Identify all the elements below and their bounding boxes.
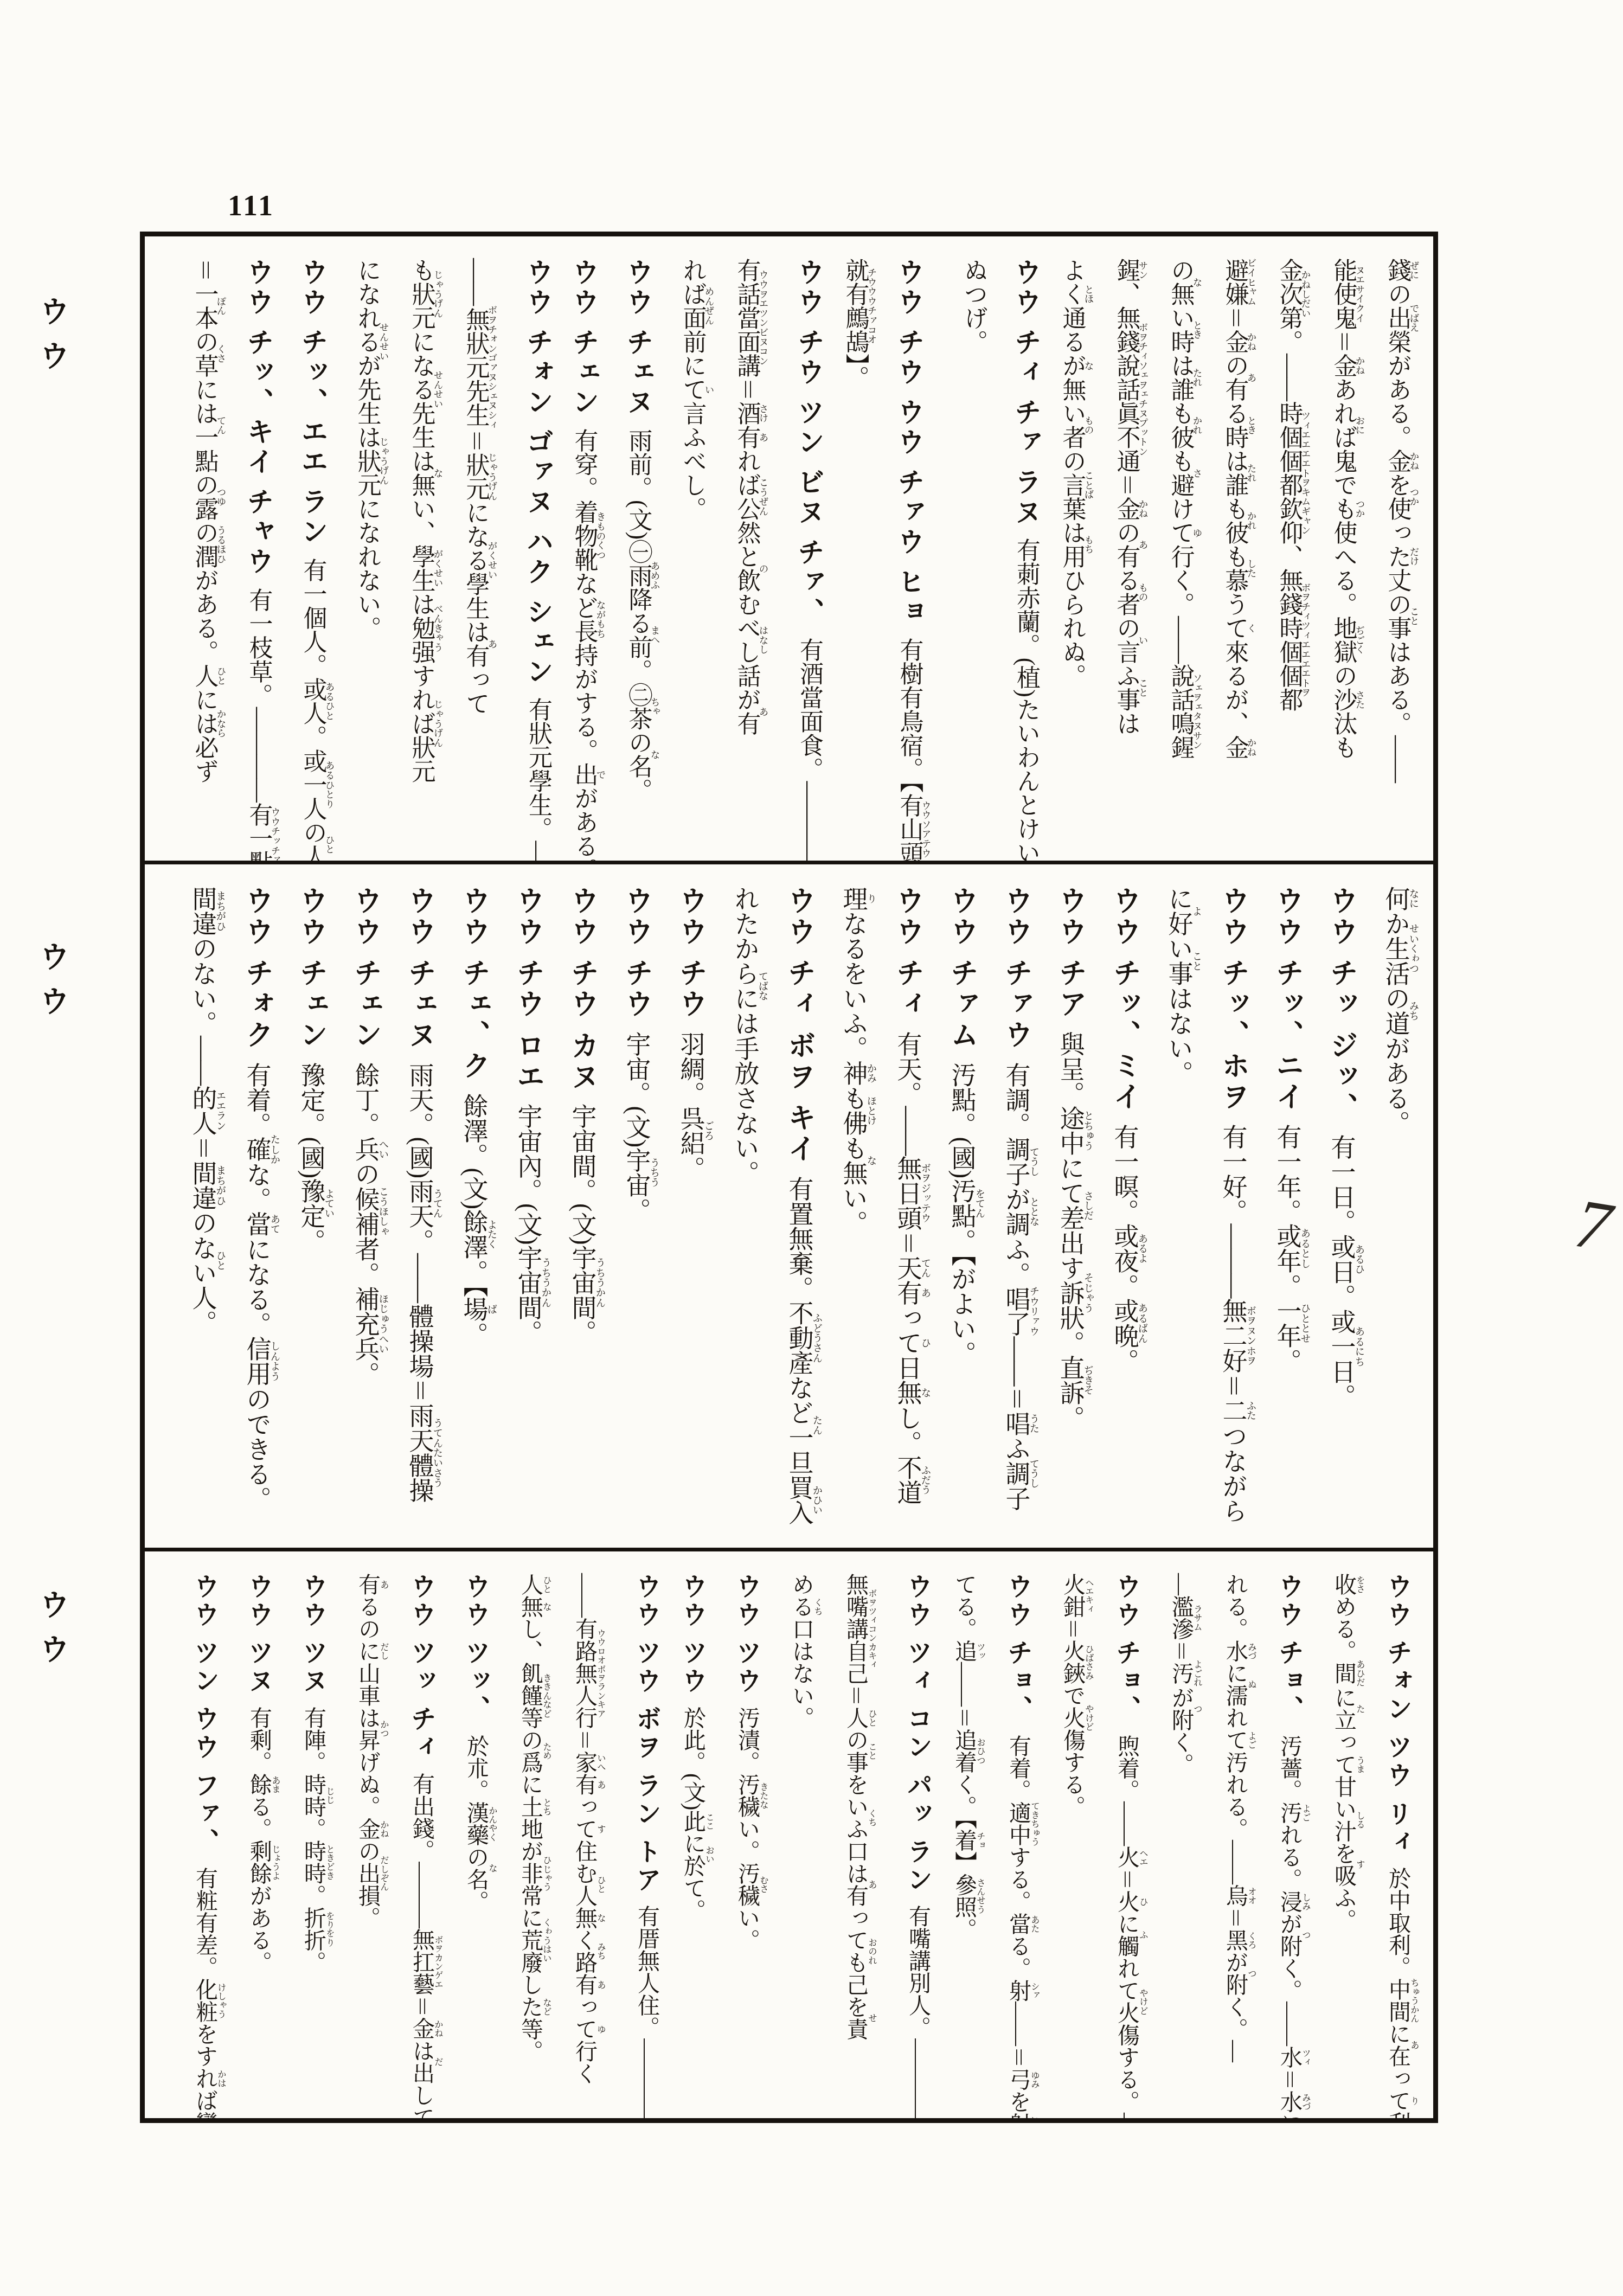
entry-text: 宇宙間。(文)宇宙間うちうかん。 [569,1104,596,1345]
handwritten-mark: 7 [1570,1183,1616,1267]
dict-column: ウウ ツウ ボヲ ラン トア有厝無人住。―――― [606,1573,660,2109]
entry-text: 人ひと無なし、飢饉等ききんなどの爲ために土地とちが非常ひじゃうに荒廢くゎうはいし… [518,1573,543,2062]
dict-column: 金次第かねしだい。――時個個都欽仰ツィエエエエトヲキムギャン、無錢時個個都ボヲチ… [1256,258,1311,852]
dict-column: ウウ チァム汚點。(國)汚點をてん。【がよい。 [931,886,985,1539]
dict-column: ウウ チァウ有調。調子てうしが調ととなふ。唱了チウリァウ――＝唱うたふ調子てうし [985,886,1040,1539]
entry-reading: ウウ チィ [892,886,923,1020]
entry-text: 有粧有差。化粧けしゃうをすれば變かはる、 [193,1867,217,2118]
dict-column: ウウ ツウ於此。(文)此ここに於おいて。 [660,1573,714,2109]
entry-text: 於朮。漢藥かんやくの名な。 [464,1735,489,1913]
entry-reading: ウウ ツヌ [245,1573,274,1696]
entry-text: 於中取利。中間ちゅうかんに在あって利りを [1385,1867,1410,2118]
entry-text: 有一好。―――無二好ボヲヌンホヲ＝二ふたつながら [1220,1124,1247,1523]
margin-kana-label: ウウ [30,296,74,384]
entry-text: 無嘴講自己ボヲツィコンカキィ＝人ひとの事ことをいふ口くちは有あっても己おのれを責… [843,1573,868,2040]
dict-column: よく通とほるが無ない者ものの言葉ことばは用もちひられぬ。 [1040,258,1094,852]
entry-reading: ウウ チッ、キイ チャウ [243,258,274,577]
margin-kana-label: ウウ [30,941,74,1030]
entry-text: 雨天。(國)雨天うてん。――體操場＝雨天體操うてんたいさう [406,1062,434,1503]
entry-text: ――有路無人行ウウロオボヲランキア＝家いへ有あって住すむ人ひと無なく路みち有あっ… [572,1573,597,2085]
entry-text: 於此。(文)此ここに於おいて。 [681,1707,705,1921]
dict-column: 收をさめる。間あひだに立たって甘うまい汁しるを吸すふ。 [1311,1573,1365,2109]
dict-column: 能使鬼ヌエサイクイ＝金かねあれば鬼おにでも使つかへる。地獄ぢごくの沙汰さたも [1311,258,1365,852]
entry-reading: ウウ ツィ コン パッ ラン [904,1573,933,1894]
entry-reading: ウウ ツヌ [299,1573,328,1696]
dict-column: ウウ チョ、煦着。――火ヘエ＝火ひに觸ふれて火傷やけどする。―― [1094,1573,1148,2109]
entry-reading: ウウ ツウ [733,1573,762,1696]
dict-column: ウウ チィ ボヲ キイ有置無棄。不動產ふどうさんなど一旦たん買入かひい [768,886,823,1539]
entry-text: 宇宙內。(文)宇宙間うちうかん。 [515,1104,542,1345]
entry-text: 理りなるをいふ。神かみも佛ほとけも無ない。 [840,886,868,1235]
entry-text: 金次第かねしだい。――時個個都欽仰ツィエエエエトヲキムギャン、無錢時個個都ボヲチ… [1276,258,1303,711]
entry-text: 有莿赤蘭。(植)たいわんとけい [1013,538,1040,861]
dict-column: ウウ チィ有天。――無日頭ボヲジッテウ＝天てん有あって日ひ無なし。不道ふだう [877,886,931,1539]
entry-text: 有調。調子てうしが調ととなふ。唱了チウリァウ――＝唱うたふ調子てうし [1003,1062,1030,1511]
dict-column: ウウ チウ ツン ビヌ チァ、有酒當面食。―――― [768,258,823,852]
entry-reading: ウウ チッ ジッ、 [1326,886,1357,1124]
entry-reading: ウウ チァム [946,886,978,1051]
entry-text: の無ない時ときは誰たれも彼かれも避さけて行ゆく。――說話鳴鍟ソェヲェタヌサン [1167,258,1194,759]
dict-column: ＝一本ぽんの草くさには一點てんの露つゆの潤うるほひがある。人ひとには必かならず [172,258,226,852]
dict-column: ――有路無人行ウウロオボヲランキア＝家いへ有あって住すむ人ひと無なく路みち有あっ… [551,1573,606,2109]
dict-column: ウウ チェヌ雨前。(文)㊀雨降あめふる前まへ。㊁茶ちゃの名な。 [606,258,660,852]
entry-text: 汚點。(國)汚點をてん。【がよい。 [948,1062,976,1365]
entry-reading: ウウ チォン ツウ リィ [1384,1573,1413,1856]
entry-text: 有嘴講別人。―――― [906,1905,931,2118]
entry-reading: ウウ チウ ツン ビヌ チァ、 [794,258,824,627]
entry-reading: ウウ ツン ウウ ファ、 [191,1573,220,1856]
entry-reading: ウウ チッ、エエ ラン [298,258,328,547]
entry-reading: ウウ チウ ウウ チァウ ヒョ [894,258,925,627]
entry-reading: ウウ チア [1055,886,1086,1020]
dict-column: ウウ ツヌ有陣。時時じじ。時時ときどき。折折をりをり。 [280,1573,335,2109]
entry-text: 有着。適中てきちゅうする。當あたる。射シァ――＝弓ゆみを射中いあ [1006,1735,1031,2118]
entry-text: 羽綢。呉絽ごろ。 [677,1031,705,1181]
dict-column: ウウ チッ ジッ、有一日。或日あるひ。或一日あるにち。 [1311,886,1365,1539]
entry-reading: ウウ チョ、 [1004,1573,1033,1724]
dict-column: ウウ ツヌ有剩。餘あまる。剩餘じょうよがある。 [226,1573,280,2109]
band-1-columns: 錢ぜにの出榮でばえがある。金かねを使つかった丈だけの事ことはある。――能使鬼ヌエ… [155,258,1419,852]
entry-reading: ウウ チェン [296,886,327,1051]
entry-reading: ウウ チィ チァ ラヌ [1011,258,1041,528]
band-2: 何なにか生活せいくゎつの道みちがある。ウウ チッ ジッ、有一日。或日あるひ。或一… [145,861,1433,1548]
entry-text: 收をさめる。間あひだに立たって甘うまい汁しるを吸すふ。 [1331,1573,1356,1931]
dictionary-frame: 錢ぜにの出榮でばえがある。金かねを使つかった丈だけの事ことはある。――能使鬼ヌエ… [140,232,1438,2123]
dict-column: ウウ チェヌ雨天。(國)雨天うてん。――體操場＝雨天體操うてんたいさう [389,886,443,1539]
entry-text: 汚薔。汚よごれる。浸しみが附つく。――水ツィ＝水みづに濡ぬ [1277,1735,1302,2118]
entry-reading: ウウ ツウ [679,1573,708,1696]
entry-text: ―濫滲ラサム＝汚よごれが附つく。 [1169,1573,1194,1775]
dict-column: ウウ チョ、有着。適中てきちゅうする。當あたる。射シァ――＝弓ゆみを射中いあ [985,1573,1040,2109]
dict-column: ウウ チッ、キイ チャウ有一枝草。――――有一點露ウウチッチァムロオ [226,258,280,852]
dict-column: 有話當面講ウウヲエツンビヌコン＝酒さけ有あれば公然こうぜんと飲のむべし話はなしが… [714,258,768,852]
entry-reading: ウウ チァウ [1000,886,1032,1051]
entry-reading: ウウ チィ ボヲ キイ [784,886,815,1165]
dict-column: ウウ ツッ、於朮。漢藥かんやくの名な。 [443,1573,497,2109]
page-number: 111 [228,189,275,222]
entry-text: 就有鷓鴣チウウウチァコオ】。 [842,258,869,389]
entry-text: 有話當面講ウウヲエツンビヌコン＝酒さけ有あれば公然こうぜんと飲のむべし話はなしが… [734,258,760,735]
entry-text: 火鉗ヘエキィ＝火鋏ひばさみで火傷やけどする。 [1060,1573,1085,1818]
band-3-columns: ウウ チォン ツウ リィ於中取利。中間ちゅうかんに在あって利りを收をさめる。間あ… [155,1573,1419,2109]
dict-column: 避嫌ビイヒャム＝金かねの有ある時ときは誰たれも彼かれも慕したうて來くるが、金かね [1202,258,1256,852]
dict-column: 間違まちがひのない。――的人エエラン＝間違まちがひのない人ひと。 [172,886,226,1539]
dict-column: 理りなるをいふ。神かみも佛ほとけも無ない。 [823,886,877,1539]
entry-text: 有樹有鳥宿。【有山頭ウウソアテウ [896,638,923,861]
entry-text: 有着。確たしかな。當あてになる。信用しんようのできる。 [243,1062,271,1511]
entry-text: てる。追ツッ――＝追着おひつく。【着チョ】參照さんせう。 [952,1573,977,1940]
dict-column: ウウ ツッ チィ有出錢。―――無扛藝ボヲカンゲエ＝金かねは出だして [389,1573,443,2109]
dict-column: 何なにか生活せいくゎつの道みちがある。 [1365,886,1419,1539]
entry-reading: ウウ チェヌ [404,886,435,1051]
entry-reading: ウウ チェヌ [623,258,653,418]
entry-text: 煦着。――火ヘエ＝火ひに觸ふれて火傷やけどする。―― [1114,1735,1139,2118]
entry-reading: ウウ ツッ チィ [408,1573,437,1762]
entry-text: 與呈。途中とちゅうにて差出さしだす訴狀そじゃう。直訴ぢきそ。 [1057,1031,1085,1430]
entry-reading: ウウ チェン [350,886,381,1051]
entry-text: よく通とほるが無ない者ものの言葉ことばは用もちひられぬ。 [1059,258,1086,688]
dict-column: になれるが先生せんせいは狀元じゃうげんになれない。 [335,258,389,852]
dict-column: ウウ チウ宇宙。(文)宇宙うちう。 [606,886,660,1539]
dict-column: れる。水みづに濡ぬれて汚よごれる。――烏オオ＝黑くろが附つく。― [1202,1573,1256,2109]
dict-column: ―濫滲ラサム＝汚よごれが附つく。 [1148,1573,1202,2109]
entry-text: れる。水みづに濡ぬれて汚よごれる。――烏オオ＝黑くろが附つく。― [1223,1573,1248,2062]
dict-column: 人ひと無なし、飢饉等ききんなどの爲ために土地とちが非常ひじゃうに荒廢くゎうはいし… [497,1573,551,2109]
dict-column: ウウ チウ カヌ宇宙間。(文)宇宙間うちうかん。 [551,886,606,1539]
entry-reading: ウウ ツウ ボヲ ラン トア [633,1573,662,1894]
dict-column: ウウ チッ、エエ ラン有一個人。或人あるひと。或一人あるひとりの人ひと。 [280,258,335,852]
entry-text: 有天。――無日頭ボヲジッテウ＝天てん有あって日ひ無なし。不道ふだう [894,1031,922,1505]
dict-column: ウウ チィ チァ ラヌ有莿赤蘭。(植)たいわんとけい [985,258,1040,852]
entry-text: 宇宙。(文)宇宙うちう。 [623,1031,651,1222]
dict-column: ウウ チッ、ホヲ有一好。―――無二好ボヲヌンホヲ＝二ふたつながら [1202,886,1256,1539]
entry-text: 有一暝。或夜あるよ。或晩あるばん。 [1111,1124,1139,1373]
entry-text: 何なにか生活せいくゎつの道みちがある。 [1382,886,1410,1136]
dict-column: ウウ ツウ汚漬。汚穢きたない。汚穢むさい。 [714,1573,768,2109]
dict-column: の無ない時ときは誰たれも彼かれも避さけて行ゆく。――說話鳴鍟ソェヲェタヌサン [1148,258,1202,852]
dict-column: ウウ チォン ゴァヌ ハク シェン有狀元學生。―― [497,258,551,852]
band-1: 錢ぜにの出榮でばえがある。金かねを使つかった丈だけの事ことはある。――能使鬼ヌエ… [145,236,1433,861]
dict-column: ウウ チウ ロエ宇宙內。(文)宇宙間うちうかん。 [497,886,551,1539]
margin-kana-label: ウウ [30,1589,74,1678]
band-3: ウウ チォン ツウ リィ於中取利。中間ちゅうかんに在あって利りを收をさめる。間あ… [145,1548,1433,2118]
entry-text: になれるが先生せんせいは狀元じゃうげんになれない。 [354,258,381,640]
dict-column: ウウ チウ ウウ チァウ ヒョ有樹有鳥宿。【有山頭ウウソアテウ [877,258,931,852]
entry-text: 有一個人。或人あるひと。或一人あるひとりの人ひと。 [300,558,326,861]
entry-text: 錢ぜにの出榮でばえがある。金かねを使つかった丈だけの事ことはある。―― [1384,258,1411,783]
dict-column: れたからには手放てばなさない。 [714,886,768,1539]
entry-text: 間違まちがひのない。――的人エエラン＝間違まちがひのない人ひと。 [189,886,217,1335]
entry-text: 鍟サン、無錢說話眞不通ボヲチィソェヲェチヌプットン＝金かねの有ある者ものの言いふ… [1113,258,1140,735]
entry-reading: ウウ チウ [621,886,652,1020]
entry-text: める口くちはない。 [789,1573,814,1729]
entry-reading: ウウ チウ [675,886,707,1020]
dict-column: てる。追ツッ――＝追着おひつく。【着チョ】參照さんせう。 [931,1573,985,2109]
entry-text: も狀元じゃうげんになる先生せんせいは無ない、學生がくせいは勉强べんきゃうすれば狀… [408,258,435,783]
entry-text: 餘澤。(文)餘澤よたく。【場ば。 [460,1093,488,1346]
entry-text: れたからには手放てばなさない。 [732,886,759,1185]
entry-text: 有厝無人住。―――― [634,1905,659,2118]
entry-text: 汚漬。汚穢きたない。汚穢むさい。 [735,1707,760,1951]
dict-column: ウウ チェン有穿。着物靴きものくつなど長持ながもちがする。出でがある。 [551,258,606,852]
entry-text: れば面前めんぜんにて言いふべし。 [679,258,706,521]
dict-column: ウウ チア與呈。途中とちゅうにて差出さしだす訴狀そじゃう。直訴ぢきそ。 [1040,886,1094,1539]
dict-column: ウウ チウ羽綢。呉絽ごろ。 [660,886,714,1539]
entry-text: ――無狀元先生ボヲチォンゴァヌシェヌシィ＝狀元じゃうげんになる學生がくせいは有あ… [463,258,489,715]
dict-column: ウウ ツィ コン パッ ラン有嘴講別人。―――― [877,1573,931,2109]
entry-reading: ウウ チウ ロエ [512,886,544,1093]
entry-text: 有穿。着物靴きものくつなど長持ながもちがする。出でがある。 [571,428,598,861]
entry-text: ＝一本ぽんの草くさには一點てんの露つゆの潤うるほひがある。人ひとには必かならず [191,258,218,783]
entry-text: 有出錢。―――無扛藝ボヲカンゲエ＝金かねは出だして [409,1773,434,2118]
band-2-columns: 何なにか生活せいくゎつの道みちがある。ウウ チッ ジッ、有一日。或日あるひ。或一… [155,886,1419,1539]
entry-text: 有一日。或日あるひ。或一日あるにち。 [1328,1134,1356,1409]
entry-text: 有置無棄。不動產ふどうさんなど一旦たん買入かひい [786,1176,813,1525]
dict-column: 有あるのに山車だしは昇かつげぬ。金かねの出損だしぞん。 [335,1573,389,2109]
entry-reading: ウウ チョ、 [1275,1573,1304,1724]
entry-text: 有狀元學生。―― [525,698,551,861]
dict-column: れば面前めんぜんにて言いふべし。 [660,258,714,852]
entry-text: 有酒當面食。―――― [796,638,823,861]
entry-reading: ウウ チッ、ミイ [1109,886,1140,1113]
dict-column: 錢ぜにの出榮でばえがある。金かねを使つかった丈だけの事ことはある。―― [1365,258,1419,852]
dict-column: ウウ チォン ツウ リィ於中取利。中間ちゅうかんに在あって利りを [1365,1573,1419,2109]
dict-column: ぬつげ。 [931,258,985,852]
entry-reading: ウウ チッ、ホヲ [1217,886,1249,1113]
entry-reading: ウウ チッ、ニイ [1272,886,1303,1113]
entry-text: 雨前。(文)㊀雨降あめふる前まへ。㊁茶ちゃの名な。 [625,428,652,802]
entry-reading: ウウ チウ カヌ [567,886,598,1093]
entry-text: 有陣。時時じじ。時時ときどき。折折をりをり。 [301,1707,326,1973]
dict-column: 火鉗ヘエキィ＝火鋏ひばさみで火傷やけどする。 [1040,1573,1094,2109]
entry-text: 避嫌ビイヒャム＝金かねの有ある時ときは誰たれも彼かれも慕したうて來くるが、金かね [1222,258,1248,759]
entry-text: 餘丁。兵へいの候補者こうほしゃ。補充兵ほじゅうへい。 [352,1062,380,1386]
dict-column: ウウ チッ、ニイ有一年。或年あるとし。一年ひととせ。 [1256,886,1311,1539]
entry-text: 有一年。或年あるとし。一年ひととせ。 [1274,1124,1301,1373]
dict-column: も狀元じゃうげんになる先生せんせいは無ない、學生がくせいは勉强べんきゃうすれば狀… [389,258,443,852]
dict-column: ウウ チェン豫定。(國)豫定よてい。 [280,886,335,1539]
dict-column: ウウ ツン ウウ ファ、有粧有差。化粧けしゃうをすれば變かはる、 [172,1573,226,2109]
entry-text: 能使鬼ヌエサイクイ＝金かねあれば鬼おにでも使つかへる。地獄ぢごくの沙汰さたも [1330,258,1357,759]
entry-text: 豫定。(國)豫定よてい。 [298,1062,325,1253]
entry-reading: ウウ ツッ、 [462,1573,491,1724]
entry-text: 有剩。餘あまる。剩餘じょうよがある。 [247,1707,272,1973]
entry-text: 有一枝草。――――有一點露ウウチッチァムロオ [246,588,272,861]
dict-column: 就有鷓鴣チウウウチァコオ】。 [823,258,877,852]
dict-column: ウウ チォク有着。確たしかな。當あてになる。信用しんようのできる。 [226,886,280,1539]
entry-text: に好よい事ことはない。 [1165,886,1193,1086]
entry-reading: ウウ チェン [569,258,599,418]
entry-text: ぬつげ。 [960,258,987,354]
entry-text: 有あるのに山車だしは昇かつげぬ。金かねの出損だしぞん。 [355,1573,380,1929]
dict-column: に好よい事ことはない。 [1148,886,1202,1539]
dict-column: 鍟サン、無錢說話眞不通ボヲチィソェヲェチヌプットン＝金かねの有ある者ものの言いふ… [1094,258,1148,852]
dict-column: 無嘴講自己ボヲツィコンカキィ＝人ひとの事ことをいふ口くちは有あっても己おのれを責… [823,1573,877,2109]
entry-reading: ウウ チェ、ク [458,886,490,1082]
dict-column: ウウ チェン餘丁。兵へいの候補者こうほしゃ。補充兵ほじゅうへい。 [335,886,389,1539]
dict-column: ――無狀元先生ボヲチォンゴァヌシェヌシィ＝狀元じゃうげんになる學生がくせいは有あ… [443,258,497,852]
dict-column: ウウ チッ、ミイ有一暝。或夜あるよ。或晩あるばん。 [1094,886,1148,1539]
entry-reading: ウウ チォン ゴァヌ ハク シェン [523,258,553,687]
dict-column: ウウ チョ、汚薔。汚よごれる。浸しみが附つく。――水ツィ＝水みづに濡ぬ [1256,1573,1311,2109]
dict-column: める口くちはない。 [768,1573,823,2109]
dict-column: ウウ チェ、ク餘澤。(文)餘澤よたく。【場ば。 [443,886,497,1539]
entry-reading: ウウ チォク [241,886,273,1051]
entry-reading: ウウ チョ、 [1113,1573,1141,1724]
